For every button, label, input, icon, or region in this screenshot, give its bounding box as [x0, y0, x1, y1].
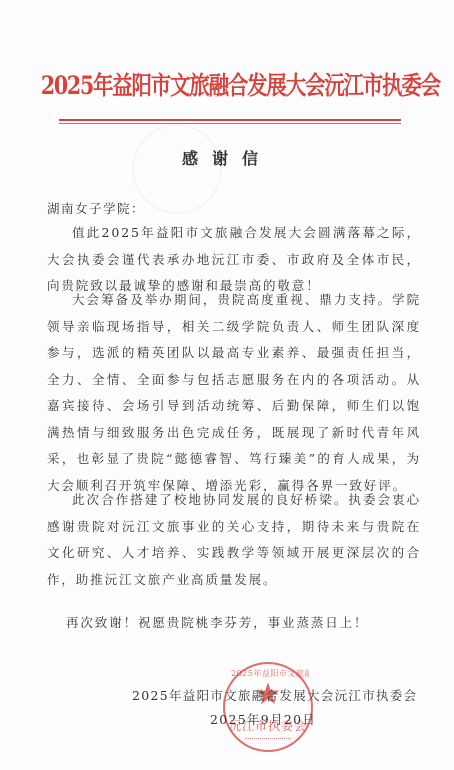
letterhead-rule-thin	[59, 123, 401, 124]
salutation: 湖南女子学院：	[47, 199, 145, 217]
thank-you-letter: 2025年益阳市文旅融合发展大会沅江市执委会 感谢信 湖南女子学院： 值此202…	[0, 0, 454, 770]
letterhead-title: 2025年益阳市文旅融合发展大会沅江市执委会	[41, 66, 413, 102]
letterhead-rule-thick	[59, 119, 401, 121]
faint-stamp-impression	[132, 124, 222, 214]
paragraph-cooperation: 此次合作搭建了校地协同发展的良好桥梁。执委会衷心感谢贵院对沅江文旅事业的关心支持…	[47, 487, 421, 593]
signature-date: 2025年9月20日	[210, 710, 316, 728]
closing-remark: 再次致谢！祝愿贵院桃李芬芳，事业蒸蒸日上！	[66, 613, 368, 631]
signature-organization: 2025年益阳市文旅融合发展大会沅江市执委会	[132, 686, 417, 704]
document-title: 感谢信	[0, 146, 454, 169]
official-seal: 2025年益阳市文旅融合发展大会 ★ 沅江市执委会	[223, 662, 313, 752]
seal-serial-line	[245, 738, 291, 741]
paragraph-support: 大会筹备及举办期间，贵院高度重视、鼎力支持。学院领导亲临现场指导，相关二级学院负…	[47, 287, 421, 499]
